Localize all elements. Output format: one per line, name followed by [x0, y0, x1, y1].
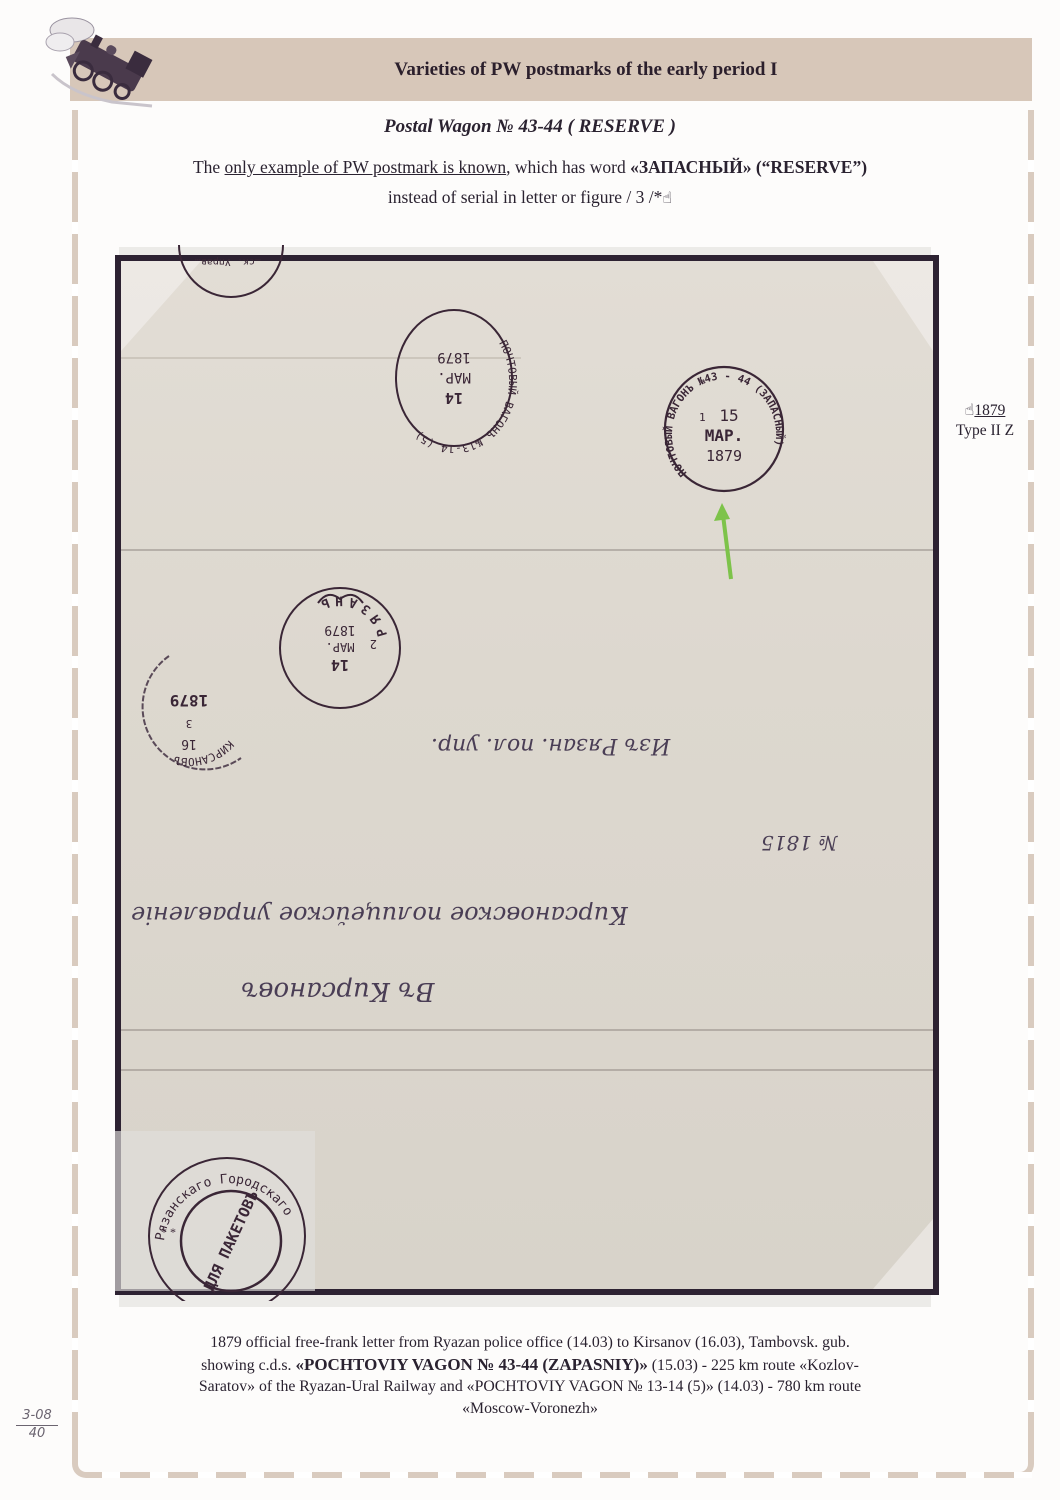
caption-suffix: (15.03) - 225 km route «Kozlov- [648, 1357, 859, 1374]
header-band: Varieties of PW postmarks of the early p… [70, 38, 1032, 101]
svg-text:15: 15 [719, 406, 738, 425]
fold-line [121, 549, 933, 551]
type-note-label: Type II Z [940, 421, 1030, 441]
svg-text:ДЛЯ ПАКЕТОВЪ: ДЛЯ ПАКЕТОВЪ [200, 1188, 262, 1294]
handwriting-line-1: Изъ Рязан. пол. упр. [431, 733, 670, 758]
desc-middle: , which has word [506, 157, 630, 177]
postmark-wagon-43-44-reserve: ПОЧТОВЫЙ ВАГОНЪ №43 - 44 (ЗАПАСНЫЙ) 1 15… [659, 361, 789, 497]
svg-text:1879: 1879 [706, 447, 742, 465]
caption-line-2: showing c.d.s. «POCHTOVIY VAGON № 43-44 … [135, 1354, 925, 1377]
desc-word-en: (“RESERVE”) [751, 157, 867, 177]
pencil-note-bottom: 40 [16, 1426, 58, 1441]
desc-line2-text: instead of serial in letter or figure / … [388, 187, 663, 207]
caption-prefix: showing c.d.s. [201, 1357, 295, 1374]
photo-corner [873, 261, 933, 351]
svg-text:* *: * * [161, 1225, 176, 1239]
svg-text:1879: 1879 [437, 349, 471, 365]
pointing-hand-icon: ☝ [965, 400, 975, 419]
svg-text:1: 1 [699, 411, 706, 424]
pencil-inventory-note: 3-08 40 [16, 1408, 58, 1441]
caption-bold: «POCHTOVIY VAGON № 43-44 (ZAPASNIY)» [295, 1355, 647, 1374]
description-line-1: The only example of PW postmark is known… [0, 157, 1060, 178]
description-line-2: instead of serial in letter or figure / … [0, 187, 1060, 208]
postmark-kirsanov: 16 3 1879 КИРСАНОВЪ [129, 646, 249, 781]
handwriting-line-2: № 1815 [761, 831, 837, 855]
svg-text:МАР.: МАР. [705, 426, 744, 445]
pointing-hand-icon: ☝ [662, 188, 672, 207]
desc-underlined: only example of PW postmark is known [225, 157, 507, 177]
postmark-wagon-13-14: 14 МАР. 1879 ПОЧТОВЫЙ ВАГОНЪ №13-14 (5) [389, 303, 519, 453]
item-caption: 1879 official free-frank letter from Rya… [135, 1332, 925, 1419]
pointer-arrow-icon [711, 501, 741, 586]
caption-line-3: Saratov» of the Ryazan-Ural Railway and … [135, 1376, 925, 1398]
svg-text:2: 2 [370, 637, 377, 651]
desc-prefix: The [193, 157, 225, 177]
svg-text:1879: 1879 [170, 691, 209, 710]
section-subtitle: Postal Wagon № 43-44 ( RESERVE ) [0, 116, 1060, 138]
caption-line-4: «Moscow-Voronezh» [135, 1398, 925, 1420]
svg-text:14: 14 [331, 656, 349, 674]
svg-text:МАР.: МАР. [437, 369, 471, 385]
handwriting-line-3: Кирсановское полицейское управленiе [131, 901, 628, 929]
fold-line [121, 1029, 933, 1031]
type-note-year: 1879 [974, 402, 1005, 419]
frame-dash [72, 110, 78, 1462]
postmark-ryazan: 14 МАР. 1879 2 Р Я З А Н Ь [273, 581, 408, 716]
locomotive-icon [42, 14, 167, 109]
svg-text:…ск. Управ…: …ск. Управ… [195, 256, 261, 267]
type-note: ☝1879 Type II Z [940, 400, 1030, 441]
svg-text:16: 16 [181, 736, 197, 751]
postmark-police-office: Рязанскаго Городскаго ДЛЯ ПАКЕТОВЪ * * [139, 1141, 314, 1301]
cover-letter: …ск. Управ… 14 МАР. 1879 ПОЧТОВЫЙ ВАГОНЪ… [115, 255, 939, 1295]
desc-word-ru: «ЗАПАСНЫЙ» [630, 157, 751, 177]
svg-text:14: 14 [445, 389, 463, 407]
letter-scan: …ск. Управ… 14 МАР. 1879 ПОЧТОВЫЙ ВАГОНЪ… [107, 247, 937, 1307]
svg-text:3: 3 [186, 717, 193, 730]
photo-corner [873, 1219, 933, 1289]
handwriting-line-4: Въ Кирсановъ [241, 976, 435, 1006]
pencil-note-top: 3-08 [16, 1408, 58, 1426]
svg-text:1879: 1879 [324, 622, 355, 637]
partial-postmark: …ск. Управ… [171, 241, 291, 321]
fold-line [121, 1069, 933, 1071]
caption-line-1: 1879 official free-frank letter from Rya… [135, 1332, 925, 1354]
svg-text:МАР.: МАР. [326, 640, 355, 654]
page-title: Varieties of PW postmarks of the early p… [324, 59, 777, 81]
